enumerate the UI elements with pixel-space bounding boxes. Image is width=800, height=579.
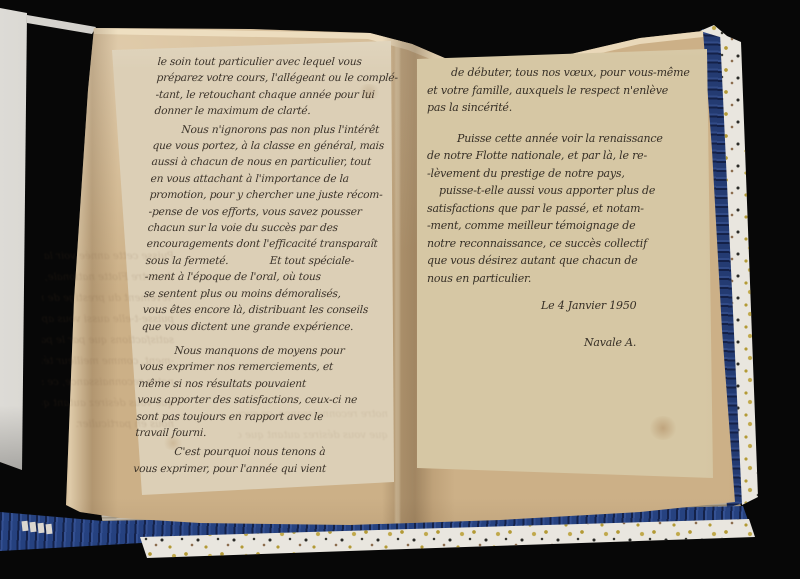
handwritten-line: satisfactions que par le passé, et notam…: [427, 200, 719, 218]
handwritten-line: vous exprimer nos remerciements, et: [139, 359, 392, 375]
handwritten-line: même si nos résultats pouvaient: [138, 376, 391, 392]
handwritten-line: puisse-t-elle aussi vous apporter plus d…: [427, 182, 719, 200]
binding-stitch: [21, 521, 28, 532]
letter-text-left-page: le soin tout particulier avec lequel vou…: [133, 54, 410, 477]
photo-open-album: Puisse cette année voir la renaissance d…: [0, 0, 800, 579]
signature: Navale A.: [584, 336, 636, 349]
handwritten-line: Nous n'ignorons pas non plus l'intérêt: [153, 122, 406, 138]
handwritten-line: sont pas toujours en rapport avec le: [136, 409, 389, 425]
handwritten-line: nous en particulier.: [427, 270, 719, 288]
handwritten-line: -ment à l'époque de l'oral, où tous: [144, 269, 397, 285]
handwritten-line: que vous dictent une grande expérience.: [141, 319, 394, 335]
binding-stitch: [45, 524, 52, 535]
handwritten-line: et votre famille, auxquels le respect n'…: [427, 82, 719, 100]
handwritten-line: en vous attachant à l'importance de la: [150, 171, 403, 187]
handwritten-line: encouragements dont l'efficacité transpa…: [146, 236, 399, 252]
handwritten-line: le soin tout particulier avec lequel vou…: [157, 54, 410, 70]
handwritten-line: se sentent plus ou moins démoralisés,: [143, 286, 396, 302]
handwritten-line: -ment, comme meilleur témoignage de: [427, 217, 719, 235]
handwritten-line: pas la sincérité.: [427, 99, 719, 117]
handwritten-line: de notre Flotte nationale, et par là, le…: [427, 147, 719, 165]
handwritten-line: notre reconnaissance, ce succès collecti…: [427, 235, 719, 253]
handwritten-line: -lèvement du prestige de notre pays,: [427, 165, 719, 183]
foxing-stain: [162, 436, 184, 450]
foxing-stain: [356, 84, 382, 100]
foxing-stain: [648, 416, 678, 440]
handwritten-line: chacun sur la voie du succès par des: [147, 220, 400, 236]
handwritten-line: de débuter, tous nos vœux, pour vous-mêm…: [427, 64, 719, 82]
handwritten-line: que vous désirez autant que chacun de: [427, 252, 719, 270]
handwritten-line: -pense de vos efforts, vous savez pousse…: [148, 204, 401, 220]
handwritten-line: Puisse cette année voir la renaissance: [427, 130, 719, 148]
letter-text-right-page: de débuter, tous nos vœux, pour vous-mêm…: [427, 64, 719, 287]
date-line: Le 4 Janvier 1950: [541, 299, 636, 312]
handwritten-line: vous êtes encore là, distribuant les con…: [142, 302, 395, 318]
handwritten-line: donner le maximum de clarté.: [154, 103, 407, 119]
handwritten-line: vous apporter des satisfactions, ceux-ci…: [137, 392, 390, 408]
binding-stitch: [37, 523, 44, 534]
handwritten-line: promotion, pour y chercher une juste réc…: [149, 187, 402, 203]
handwritten-line: vous exprimer, pour l'année qui vient: [133, 461, 386, 477]
binding-stitch: [29, 522, 36, 533]
handwritten-line: sous la fermeté. Et tout spéciale-: [145, 253, 398, 269]
handwritten-line: aussi à chacun de nous en particulier, t…: [151, 154, 404, 170]
handwritten-line: que vous portez, à la classe en général,…: [152, 138, 405, 154]
handwritten-line: Nous manquons de moyens pour: [140, 343, 393, 359]
